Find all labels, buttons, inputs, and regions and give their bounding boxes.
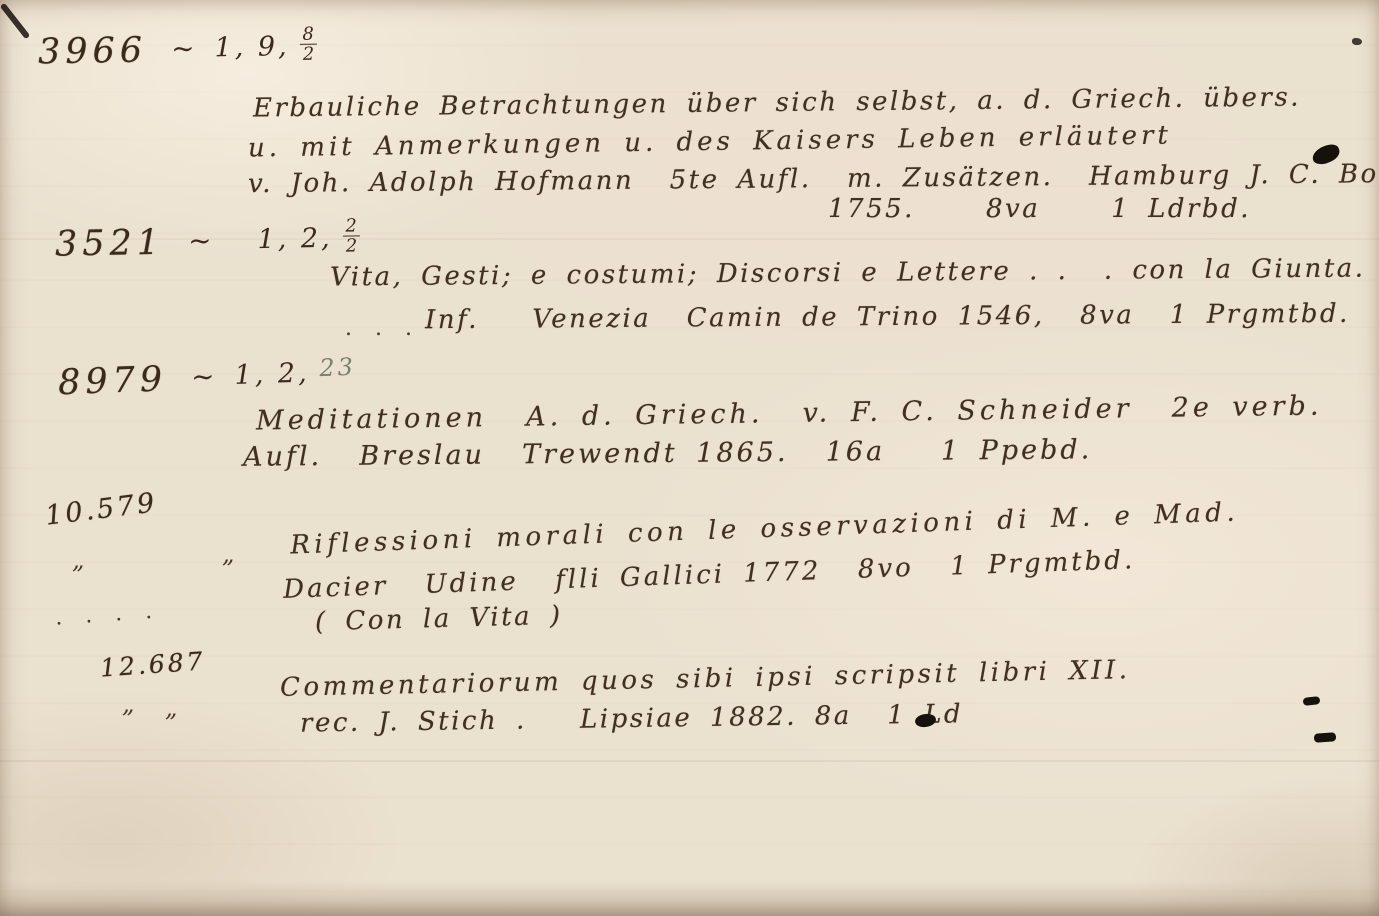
entry-title-line: Vita, Gesti; e costumi; Discorsi e Lette… <box>330 253 1366 292</box>
entry-title-line: Erbauliche Betrachtungen über sich selbs… <box>253 83 1301 124</box>
accession-number: 10.579 <box>44 487 159 531</box>
shelfmark: 1, 2, <box>234 357 310 391</box>
ink-blot <box>1352 38 1362 45</box>
ditto-dots: . . . . <box>54 598 160 630</box>
entry-imprint-line: Aufl. Breslau Trewendt 1865. 16a 1 Ppebd… <box>243 434 1092 472</box>
fraction-numerator: 2 <box>345 217 357 235</box>
entry-imprint-line: Inf. Venezia Camin de Trino 1546, 8va 1 … <box>425 299 1350 335</box>
paper-crease <box>0 760 1379 762</box>
accession-number: 3521 <box>55 223 165 265</box>
ink-blot <box>1314 732 1337 743</box>
entry-imprint-line: rec. J. Stich . Lipsiae 1882. 8a 1 Ld <box>300 699 963 738</box>
catalog-page: 3966 ~ 1, 9, 8 2 Erbauliche Betrachtunge… <box>0 0 1379 916</box>
shelfmark-fraction: 8 2 <box>299 26 317 64</box>
entry-note-line: ( Con la Vita ) <box>315 601 563 637</box>
ditto-mark: „ <box>165 694 177 722</box>
entry-number-row: 3521 ~ 1, 2, 2 2 <box>55 219 361 264</box>
tilde-separator: ~ <box>171 32 195 65</box>
accession-number: 3966 <box>38 31 148 73</box>
ink-blot <box>0 3 30 40</box>
entry-year-format-line: 1755. 8va 1 Ldrbd. <box>828 194 1251 224</box>
entry-number-row: 3966 ~ 1, 9, 8 2 <box>38 28 318 73</box>
entry-title-line: Commentariorum quos sibi ipsi scripsit l… <box>280 655 1131 703</box>
shelfmark-fraction: 2 2 <box>342 217 360 255</box>
accession-number: 12.687 <box>99 646 206 682</box>
shelfmark: 1, 9, <box>214 31 290 63</box>
entry-title-line: Meditationen A. d. Griech. v. F. C. Schn… <box>256 391 1323 437</box>
ditto-mark: „ <box>122 690 134 718</box>
ditto-mark: „ <box>222 540 234 568</box>
entry-title-line: u. mit Anmerkungen u. des Kaisers Leben … <box>248 121 1172 164</box>
fraction-numerator: 8 <box>302 26 314 44</box>
shelfmark-addition: 23 <box>319 353 357 382</box>
ditto-mark: „ <box>72 546 84 574</box>
ink-blot <box>1303 696 1321 706</box>
entry-number-row: 8979 ~ 1, 2, 23 <box>57 353 356 403</box>
tilde-separator: ~ <box>188 224 212 257</box>
accession-number: 8979 <box>57 359 167 403</box>
paper-crease <box>0 238 1379 240</box>
tilde-separator: ~ <box>190 360 215 394</box>
fraction-denominator: 2 <box>300 44 318 64</box>
ditto-dots: . . . <box>345 316 420 341</box>
